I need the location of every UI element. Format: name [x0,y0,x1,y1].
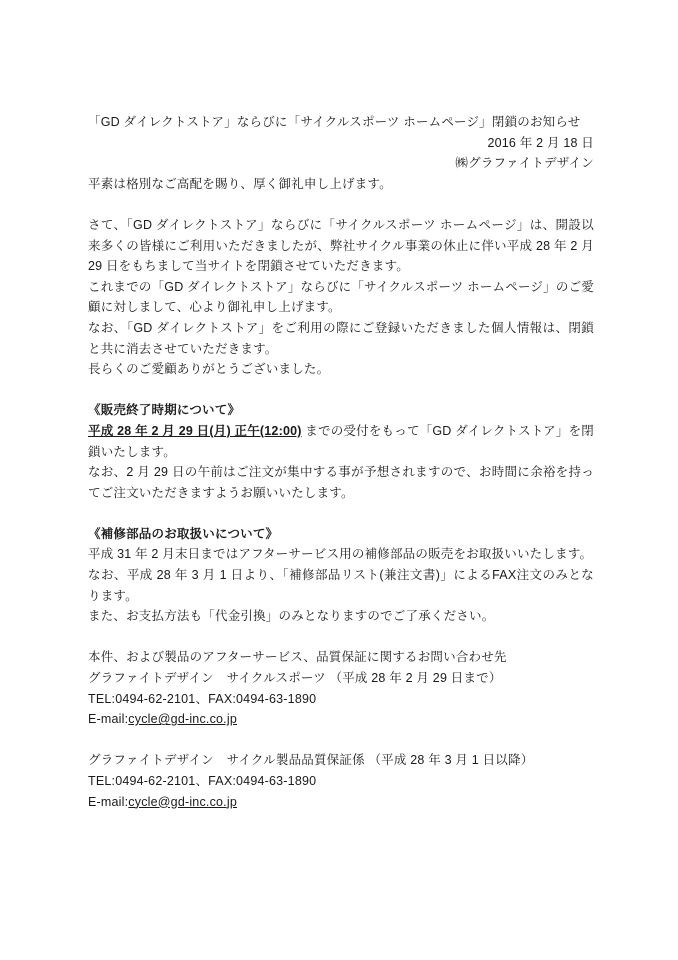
farewell-line: 長らくのご愛顧ありがとうございました。 [88,359,594,380]
sale-end-heading: 《販売終了時期について》 [88,400,594,421]
personal-info-paragraph: なお、「GD ダイレクトストア」をご利用の際にご登録いただきました個人情報は、閉… [88,318,594,359]
email-label: E-mail: [88,795,128,809]
repair-parts-heading: 《補修部品のお取扱いについて》 [88,524,594,545]
spacer [88,380,594,401]
contact-1-email-line: E-mail:cycle@gd-inc.co.jp [88,709,594,730]
repair-parts-line1: 平成 31 年 2 月末日まではアフターサービス用の補修部品の販売をお取扱いいた… [88,544,594,565]
contact-2-email-link[interactable]: cycle@gd-inc.co.jp [128,795,237,809]
greeting-line: 平素は格別なご高配を賜り、厚く御礼申し上げます。 [88,174,594,195]
document-page: 「GD ダイレクトストア」ならびに「サイクルスポーツ ホームページ」閉鎖のお知ら… [0,0,678,960]
spacer [88,503,594,524]
contact-1-name: グラファイトデザイン サイクルスポーツ （平成 28 年 2 月 29 日まで） [88,668,594,689]
thanks-paragraph: これまでの「GD ダイレクトストア」ならびに「サイクルスポーツ ホームページ」の… [88,277,594,318]
document-title: 「GD ダイレクトストア」ならびに「サイクルスポーツ ホームページ」閉鎖のお知ら… [88,112,594,133]
company-name: ㈱グラファイトデザイン [88,153,594,174]
contact-intro: 本件、および製品のアフターサービス、品質保証に関するお問い合わせ先 [88,647,594,668]
spacer [88,627,594,648]
notice-document: 「GD ダイレクトストア」ならびに「サイクルスポーツ ホームページ」閉鎖のお知ら… [88,112,594,812]
contact-1-tel-fax: TEL:0494-62-2101、FAX:0494-63-1890 [88,689,594,710]
closure-paragraph: さて、「GD ダイレクトストア」ならびに「サイクルスポーツ ホームページ」は、開… [88,215,594,277]
spacer [88,194,594,215]
sale-end-note-paragraph: なお、2 月 29 日の午前はご注文が集中する事が予想されますので、お時間に余裕… [88,462,594,503]
repair-parts-line2: なお、平成 28 年 3 月 1 日より、「補修部品リスト(兼注文書)」によるF… [88,565,594,606]
repair-parts-line3: また、お支払方法も「代金引換」のみとなりますのでご了承ください。 [88,606,594,627]
sale-end-deadline-paragraph: 平成 28 年 2 月 29 日(月) 正午(12:00) までの受付をもって「… [88,421,594,462]
document-date: 2016 年 2 月 18 日 [88,133,594,154]
email-label: E-mail: [88,712,128,726]
contact-2-name: グラファイトデザイン サイクル製品品質保証係 （平成 28 年 3 月 1 日以… [88,750,594,771]
deadline-date: 平成 28 年 2 月 29 日(月) 正午(12:00) [88,424,302,438]
contact-2-tel-fax: TEL:0494-62-2101、FAX:0494-63-1890 [88,771,594,792]
contact-2-email-line: E-mail:cycle@gd-inc.co.jp [88,792,594,813]
spacer [88,730,594,751]
contact-1-email-link[interactable]: cycle@gd-inc.co.jp [128,712,237,726]
